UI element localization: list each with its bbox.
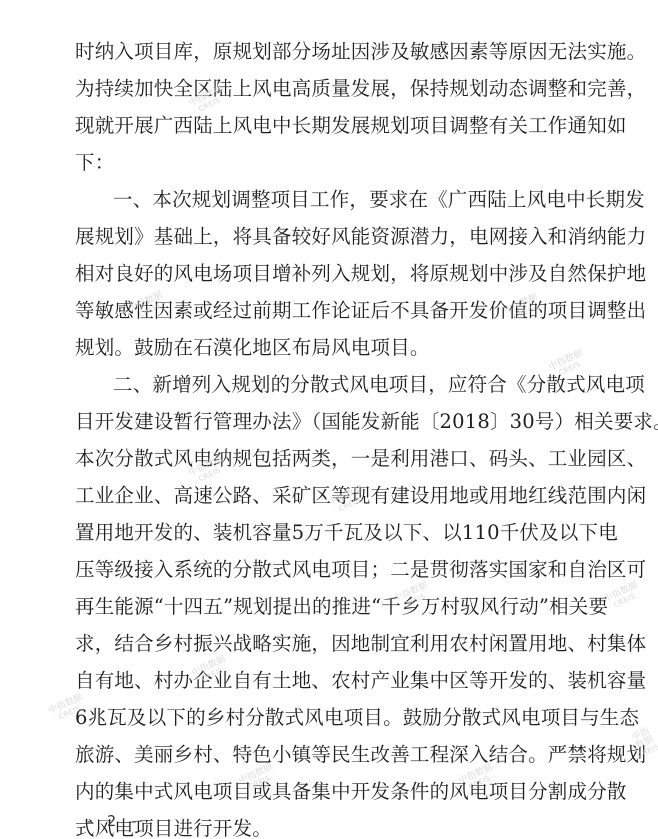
document-page: 时纳入项目库，原规划部分场址因涉及敏感因素等原因无法实施。 为持续加快全区陆上风… xyxy=(0,0,658,839)
text-line: 现就开展广西陆上风电中长期发展规划项目调整有关工作通知如 xyxy=(75,114,627,138)
text-line: 工业企业、高速公路、采矿区等现有建设用地或用地红线范围内闲 xyxy=(75,484,646,508)
text-line: 展规划》基础上，将具备较好风能资源潜力，电网接入和消纳能力 xyxy=(75,225,646,249)
text-line: 自有地、村办企业自有土地、农村产业集中区等开发的、装机容量 xyxy=(75,669,646,693)
text-line: 6兆瓦及以下的乡村分散式风电项目。鼓励分散式风电项目与生态 xyxy=(75,706,639,730)
text-line: 规划。鼓励在石漠化地区布局风电项目。 xyxy=(75,336,430,360)
text-line: 为持续加快全区陆上风电高质量发展，保持规划动态调整和完善， xyxy=(75,77,646,101)
text-line: 求，结合乡村振兴战略实施，因地制宜利用农村闲置用地、村集体 xyxy=(75,632,646,656)
text-line: 本次分散式风电纳规包括两类，一是利用港口、码头、工业园区、 xyxy=(75,447,646,471)
text-line: 等敏感性因素或经过前期工作论证后不具备开发价值的项目调整出 xyxy=(75,299,646,323)
text-line: 置用地开发的、装机容量5万千瓦及以下、以110千伏及以下电 xyxy=(75,521,618,545)
text-line: 目开发建设暂行管理办法》（国能发新能〔2018〕30号）相关要求。 xyxy=(75,410,658,434)
text-line: 下： xyxy=(75,151,114,175)
text-line: 再生能源“十四五”规划提出的推进“千乡万村驭风行动”相关要 xyxy=(75,595,608,619)
page-number: - 2 - xyxy=(85,812,140,830)
watermark: 中指数据CREIS xyxy=(603,581,643,613)
text-line: 旅游、美丽乡村、特色小镇等民生改善工程深入结合。严禁将规划 xyxy=(75,743,646,767)
text-line: 相对良好的风电场项目增补列入规划，将原规划中涉及自然保护地 xyxy=(75,262,646,286)
section-heading-2: 二、新增列入规划的分散式风电项目，应符合《分散式风电项 xyxy=(113,373,645,397)
text-line: 内的集中式风电项目或具备集中开发条件的风电项目分割成分散 xyxy=(75,780,627,804)
section-heading-1: 一、本次规划调整项目工作，要求在《广西陆上风电中长期发 xyxy=(113,188,645,212)
text-line: 时纳入项目库，原规划部分场址因涉及敏感因素等原因无法实施。 xyxy=(75,40,646,64)
text-line: 压等级接入系统的分散式风电项目；二是贯彻落实国家和自治区可 xyxy=(75,558,646,582)
